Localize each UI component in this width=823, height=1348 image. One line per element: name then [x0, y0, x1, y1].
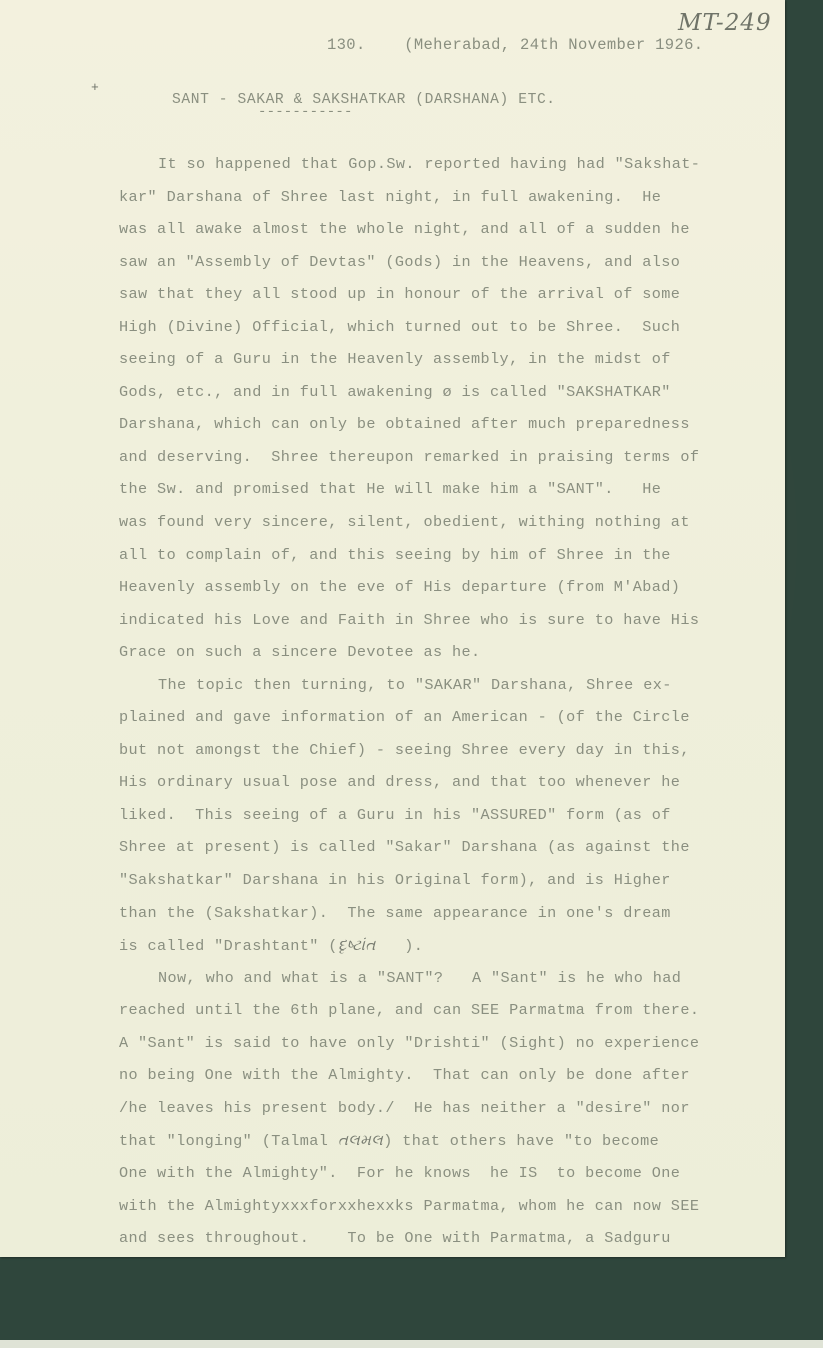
- line-text: the Sw. and promised that He will make h…: [119, 480, 661, 498]
- line-text: It so happened that Gop.Sw. reported hav…: [158, 155, 700, 173]
- text-line: is called "Drashtant" (દૃષ્ટાંત ).: [119, 935, 700, 968]
- line-text: liked. This seeing of a Guru in his "ASS…: [119, 806, 671, 824]
- line-text: was found very sincere, silent, obedient…: [119, 513, 690, 531]
- text-line: the Sw. and promised that He will make h…: [119, 479, 700, 512]
- text-line: Shree at present) is called "Sakar" Dars…: [119, 837, 700, 870]
- line-text-tail: ).: [376, 937, 424, 955]
- line-text: High (Divine) Official, which turned out…: [119, 318, 680, 336]
- line-text: and deserving. Shree thereupon remarked …: [119, 448, 699, 466]
- text-line: Grace on such a sincere Devotee as he.: [119, 642, 700, 675]
- text-line: saw an "Assembly of Devtas" (Gods) in th…: [119, 252, 700, 285]
- line-text: indicated his Love and Faith in Shree wh…: [119, 611, 699, 629]
- place-date: (Meherabad, 24th November 1926.: [404, 36, 703, 54]
- line-text: reached until the 6th plane, and can SEE…: [119, 1001, 699, 1019]
- text-line: Darshana, which can only be obtained aft…: [119, 414, 700, 447]
- text-line: no being One with the Almighty. That can…: [119, 1065, 700, 1098]
- line-text-tail: ) that others have "to become: [383, 1132, 659, 1150]
- text-line: was all awake almost the whole night, an…: [119, 219, 700, 252]
- title-underline: -----------: [258, 104, 353, 120]
- scan-bottom-edge: [0, 1340, 823, 1348]
- text-line: than the (Sakshatkar). The same appearan…: [119, 903, 700, 936]
- text-line: High (Divine) Official, which turned out…: [119, 317, 700, 350]
- line-text: Shree at present) is called "Sakar" Dars…: [119, 838, 690, 856]
- line-text: is called "Drashtant" (: [119, 937, 338, 955]
- line-text: Heavenly assembly on the eve of His depa…: [119, 578, 680, 596]
- line-text: The topic then turning, to "SAKAR" Darsh…: [158, 676, 672, 694]
- text-line: One with the Almighty". For he knows he …: [119, 1163, 700, 1196]
- text-line: with the Almightyxxxforxxhexxks Parmatma…: [119, 1196, 700, 1229]
- text-line: It so happened that Gop.Sw. reported hav…: [119, 154, 700, 187]
- line-text: Now, who and what is a "SANT"? A "Sant" …: [158, 969, 681, 987]
- text-line: Heavenly assembly on the eve of His depa…: [119, 577, 700, 610]
- line-text: Gods, etc., and in full awakening ø is c…: [119, 383, 671, 401]
- line-text: /he leaves his present body./ He has nei…: [119, 1099, 690, 1117]
- line-text: no being One with the Almighty. That can…: [119, 1066, 690, 1084]
- line-text: saw an "Assembly of Devtas" (Gods) in th…: [119, 253, 680, 271]
- line-text: One with the Almighty". For he knows he …: [119, 1164, 680, 1182]
- text-line: "Sakshatkar" Darshana in his Original fo…: [119, 870, 700, 903]
- text-line: /he leaves his present body./ He has nei…: [119, 1098, 700, 1131]
- line-text: that "longing" (Talmal: [119, 1132, 338, 1150]
- margin-mark: +: [91, 80, 99, 95]
- line-text: and sees throughout. To be One with Parm…: [119, 1229, 671, 1247]
- gujarati-handwritten-word: તલમલ: [338, 1131, 383, 1149]
- text-line: The topic then turning, to "SAKAR" Darsh…: [119, 675, 700, 708]
- page-number: 130.: [327, 36, 366, 54]
- text-line: and deserving. Shree thereupon remarked …: [119, 447, 700, 480]
- text-line: all to complain of, and this seeing by h…: [119, 545, 700, 578]
- archive-reference-handwritten: MT-249: [678, 10, 772, 36]
- line-text: A "Sant" is said to have only "Drishti" …: [119, 1034, 699, 1052]
- text-line: but not amongst the Chief) - seeing Shre…: [119, 740, 700, 773]
- text-line: saw that they all stood up in honour of …: [119, 284, 700, 317]
- line-text: but not amongst the Chief) - seeing Shre…: [119, 741, 690, 759]
- text-line: kar" Darshana of Shree last night, in fu…: [119, 187, 700, 220]
- line-text: all to complain of, and this seeing by h…: [119, 546, 671, 564]
- line-text: "Sakshatkar" Darshana in his Original fo…: [119, 871, 671, 889]
- line-text: with the Almightyxxxforxxhexxks Parmatma…: [119, 1197, 699, 1215]
- line-text: plained and gave information of an Ameri…: [119, 708, 690, 726]
- text-line: and sees throughout. To be One with Parm…: [119, 1228, 700, 1261]
- text-line: plained and gave information of an Ameri…: [119, 707, 700, 740]
- body-text: It so happened that Gop.Sw. reported hav…: [119, 154, 700, 1261]
- text-line: liked. This seeing of a Guru in his "ASS…: [119, 805, 700, 838]
- line-text: kar" Darshana of Shree last night, in fu…: [119, 188, 661, 206]
- text-line: that "longing" (Talmal તલમલ) that others…: [119, 1130, 700, 1163]
- document-title: SANT - SAKAR & SAKSHATKAR (DARSHANA) ETC…: [172, 92, 556, 108]
- page-header: 130. (Meherabad, 24th November 1926.: [327, 36, 703, 54]
- line-text: than the (Sakshatkar). The same appearan…: [119, 904, 671, 922]
- text-line: was found very sincere, silent, obedient…: [119, 512, 700, 545]
- text-line: Now, who and what is a "SANT"? A "Sant" …: [119, 968, 700, 1001]
- typewritten-page: MT-249 130. (Meherabad, 24th November 19…: [0, 0, 785, 1257]
- line-text: His ordinary usual pose and dress, and t…: [119, 773, 680, 791]
- line-text: Grace on such a sincere Devotee as he.: [119, 643, 481, 661]
- text-line: Gods, etc., and in full awakening ø is c…: [119, 382, 700, 415]
- text-line: seeing of a Guru in the Heavenly assembl…: [119, 349, 700, 382]
- line-text: seeing of a Guru in the Heavenly assembl…: [119, 350, 671, 368]
- line-text: saw that they all stood up in honour of …: [119, 285, 680, 303]
- text-line: His ordinary usual pose and dress, and t…: [119, 772, 700, 805]
- text-line: A "Sant" is said to have only "Drishti" …: [119, 1033, 700, 1066]
- text-line: reached until the 6th plane, and can SEE…: [119, 1000, 700, 1033]
- gujarati-handwritten-word: દૃષ્ટાંત: [338, 936, 376, 954]
- line-text: was all awake almost the whole night, an…: [119, 220, 690, 238]
- line-text: Darshana, which can only be obtained aft…: [119, 415, 690, 433]
- text-line: indicated his Love and Faith in Shree wh…: [119, 610, 700, 643]
